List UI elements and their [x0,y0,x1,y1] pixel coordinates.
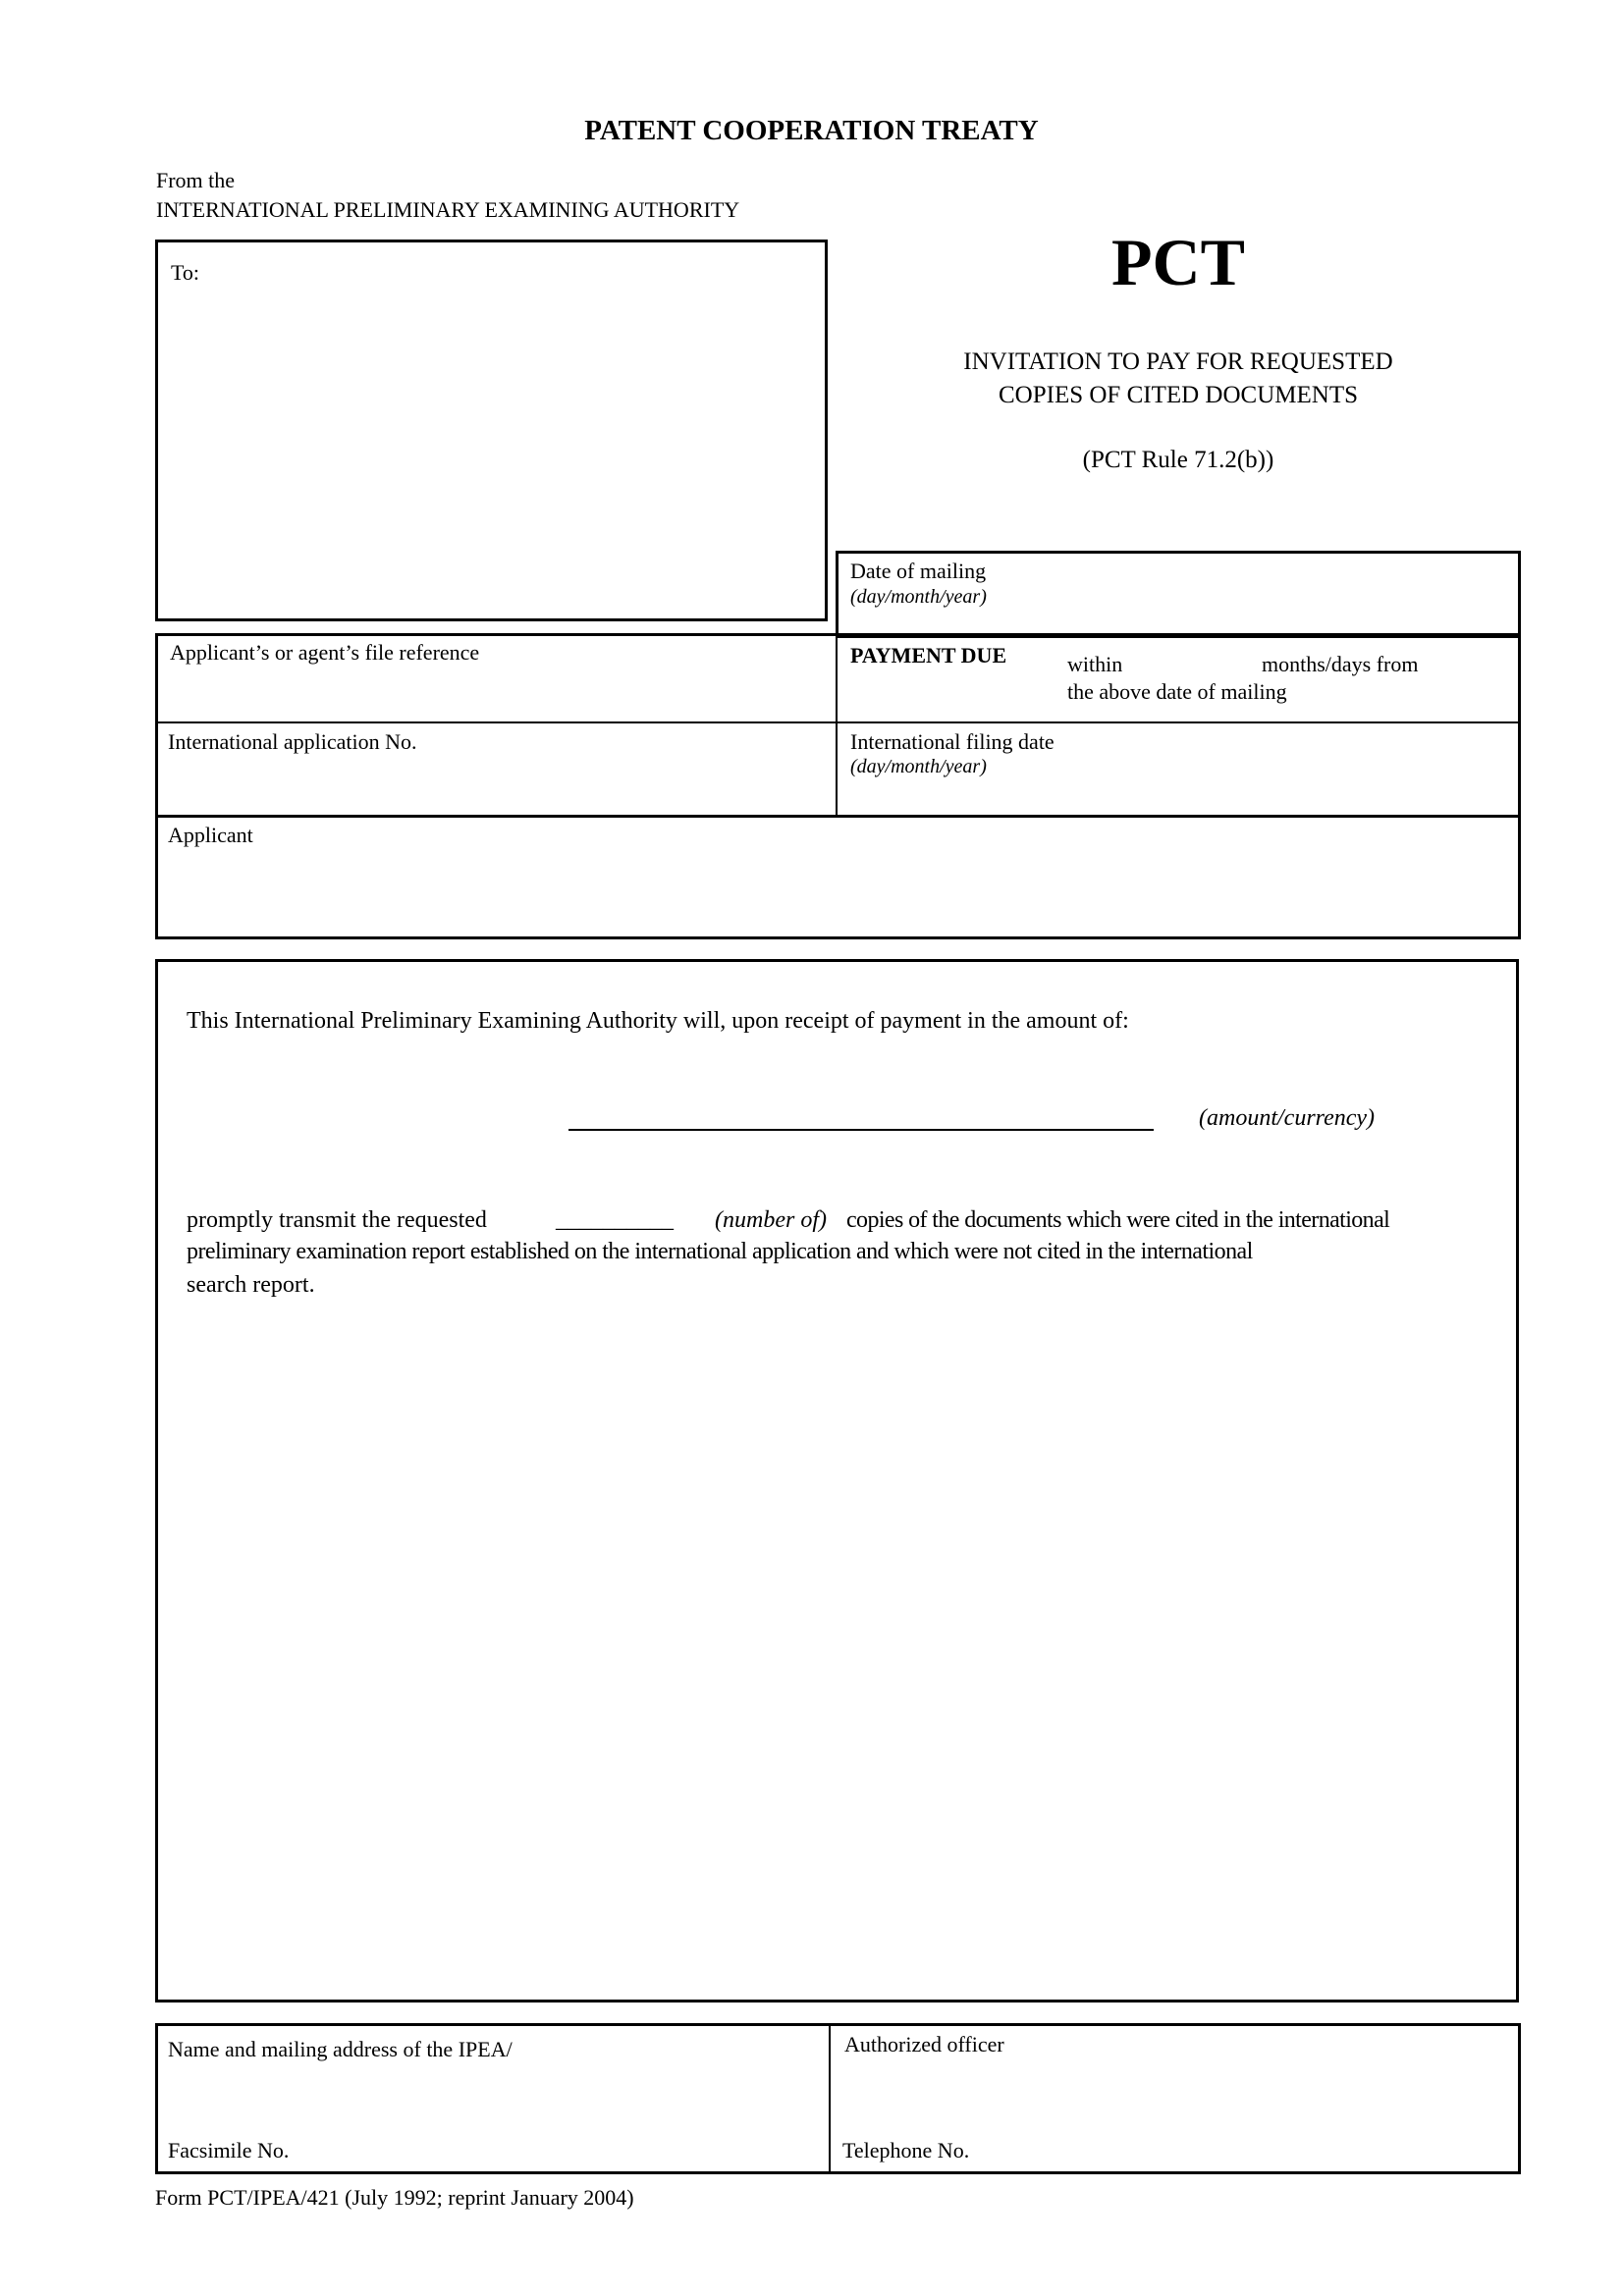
form-identifier: Form PCT/IPEA/421 (July 1992; reprint Ja… [155,2185,634,2210]
treaty-title: PATENT COOPERATION TREATY [0,115,1623,147]
date-of-mailing-label: Date of mailing [850,559,986,583]
to-label: To: [171,260,199,285]
pct-logo-text: PCT [837,224,1520,300]
form-title-line2: COPIES OF CITED DOCUMENTS [837,382,1520,410]
transmit-prefix: promptly transmit the requested [187,1207,487,1235]
payment-due-suffix: the above date of mailing [1067,679,1287,704]
form-title-line1: INVITATION TO PAY FOR REQUESTED [837,348,1520,377]
telephone-label: Telephone No. [842,2138,969,2163]
applicant-field[interactable] [169,864,1508,915]
applicant-label: Applicant [168,823,253,847]
row-divider-2 [155,815,1521,818]
from-label: From the [156,168,235,192]
ipea-address-label: Name and mailing address of the IPEA/ [168,2037,513,2061]
filing-date-label: International filing date [850,729,1055,754]
from-authority: INTERNATIONAL PRELIMINARY EXAMINING AUTH… [156,197,739,222]
number-hint: (number of) [715,1207,827,1235]
transmit-line3: search report. [187,1272,315,1300]
facsimile-label: Facsimile No. [168,2138,289,2163]
date-of-mailing-format: (day/month/year) [850,586,987,609]
authorized-officer-label: Authorized officer [844,2032,1004,2056]
amount-hint: (amount/currency) [1199,1105,1375,1133]
filing-date-field[interactable] [1080,761,1506,802]
transmit-line2: preliminary examination report establish… [187,1239,1253,1266]
ipea-officer-divider [829,2023,831,2174]
payment-due-within: within [1067,652,1122,676]
file-reference-label: Applicant’s or agent’s file reference [170,640,479,665]
file-reference-field[interactable] [169,672,826,714]
to-address-field[interactable] [169,290,816,608]
amount-field[interactable] [568,1092,1158,1129]
date-of-mailing-field[interactable] [1080,569,1506,611]
payment-due-unit: months/days from [1262,652,1419,676]
column-divider [836,633,838,817]
application-no-field[interactable] [169,764,826,805]
rule-reference: (PCT Rule 71.2(b)) [837,447,1520,475]
number-of-copies-blank[interactable]: __________ [556,1207,674,1235]
row-divider-1 [155,721,1521,723]
payment-due-label: PAYMENT DUE [850,643,1006,667]
filing-date-format: (day/month/year) [850,756,987,778]
body-intro: This International Preliminary Examining… [187,1008,1129,1036]
application-no-label: International application No. [168,729,417,754]
payment-due-period-field[interactable] [1141,648,1258,681]
amount-underline [568,1129,1154,1131]
transmit-line1-rest: copies of the documents which were cited… [846,1207,1389,1235]
